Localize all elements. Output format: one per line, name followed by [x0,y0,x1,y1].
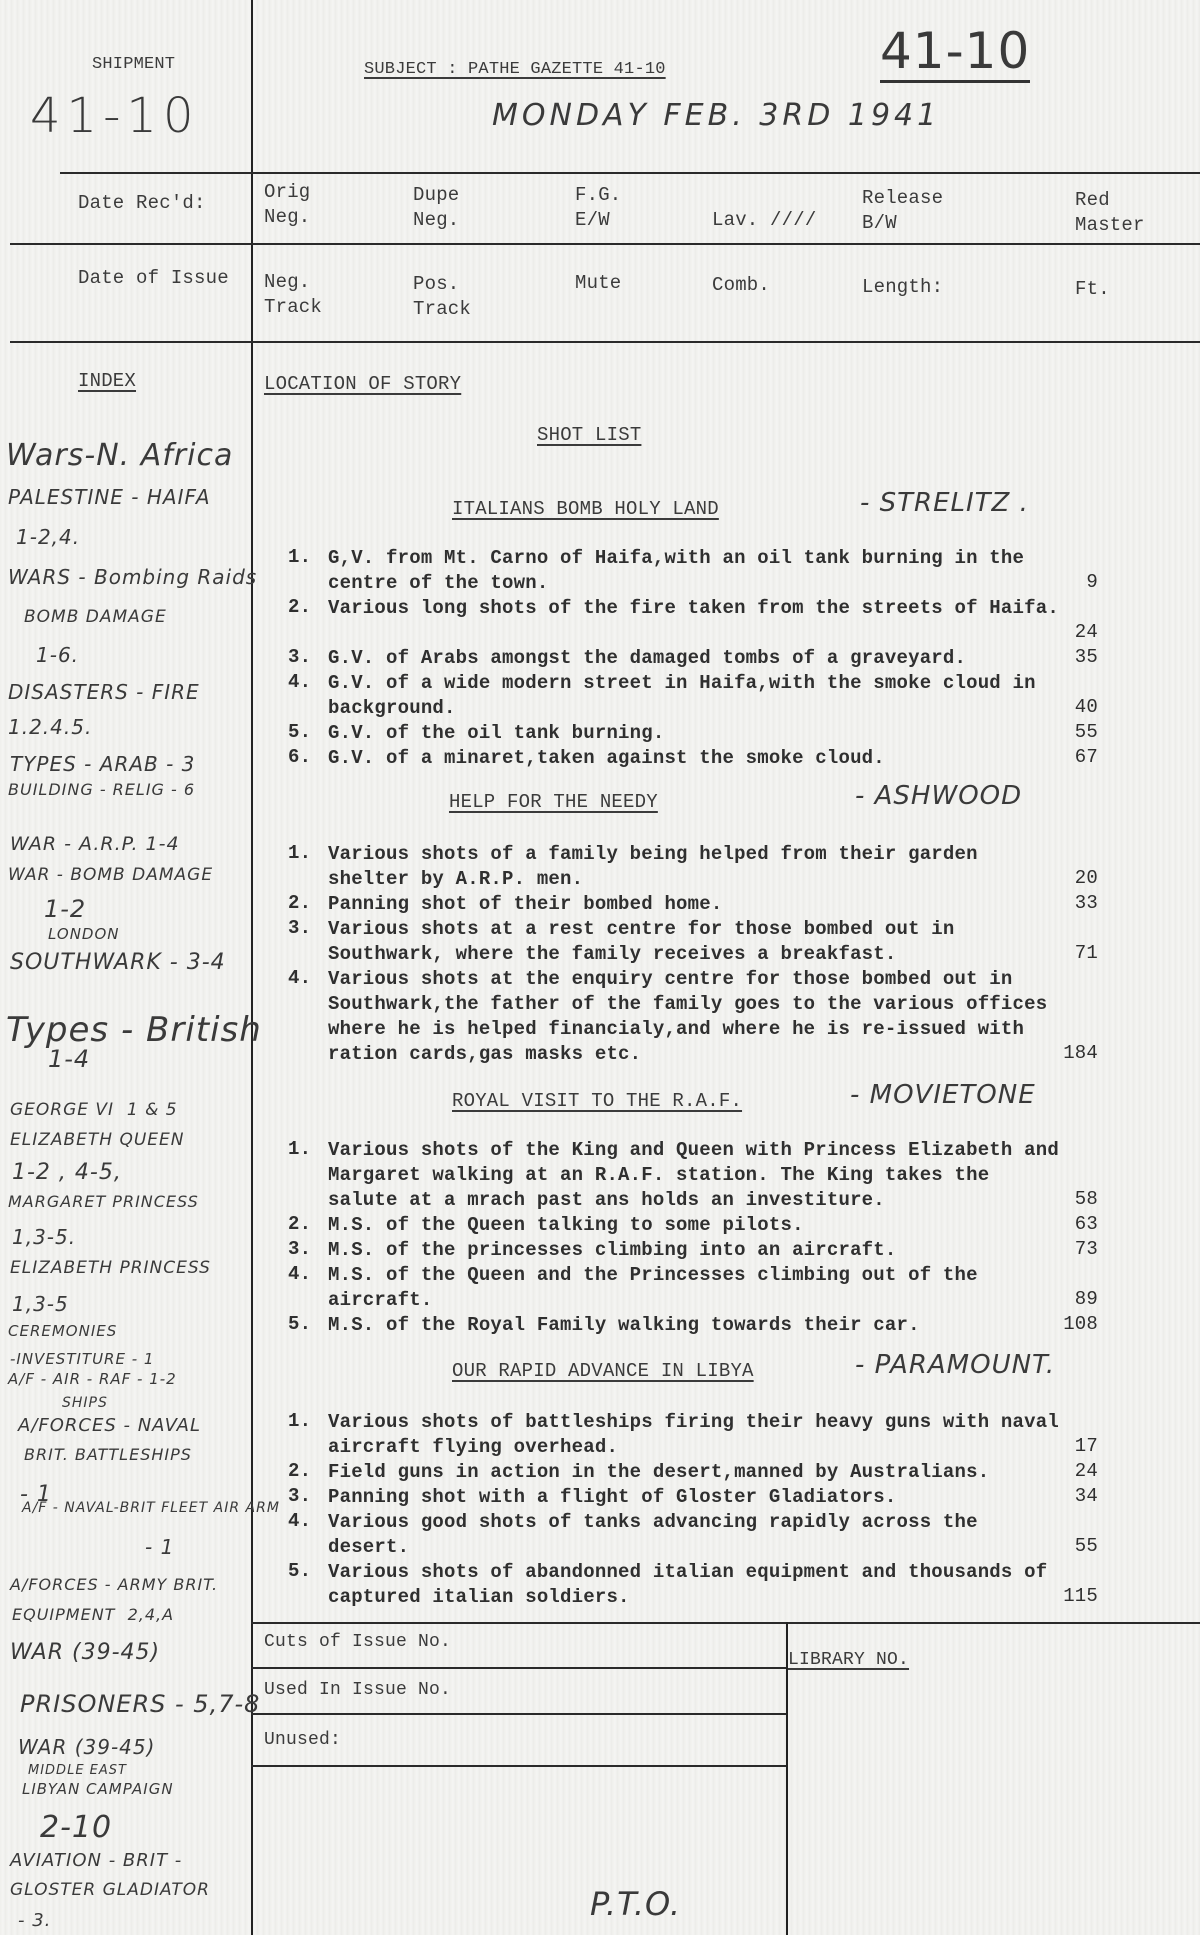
index-heading: INDEX [78,370,136,392]
location-heading: LOCATION OF STORY [264,373,461,395]
story-title: ROYAL VISIT TO THE R.A.F. [452,1090,742,1112]
shot-footage: 67 [1038,746,1098,768]
main-column-divider [251,0,253,1935]
story-source: - ASHWOOD [855,781,1022,811]
used-divider [251,1713,787,1715]
date-received-label: Date Rec'd: [78,192,206,214]
shot-item: 3.Panning shot with a flight of Gloster … [288,1485,1098,1510]
index-note: WAR - BOMB DAMAGE [8,865,213,885]
shot-number: 5. [288,721,324,743]
index-note: A/F - NAVAL-BRIT FLEET AIR ARM [22,1500,280,1516]
index-note: A/F - AIR - RAF - 1-2 [8,1370,177,1388]
subject-label: SUBJECT : PATHE GAZETTE 41-10 [364,60,666,79]
shot-footage: 115 [1038,1585,1098,1607]
index-note: WAR (39-45) [18,1735,155,1759]
index-note: 1-4 [48,1045,90,1073]
fg-ew-field[interactable]: F.G. E/W [575,183,621,233]
shot-item: 3.G.V. of Arabs amongst the damaged tomb… [288,646,1098,671]
story-title: HELP FOR THE NEEDY [449,791,658,813]
shot-item: 1.Various shots of the King and Queen wi… [288,1138,1098,1213]
index-note: WAR (39-45) [10,1640,160,1665]
shot-description: G.V. of Arabs amongst the damaged tombs … [328,646,1068,671]
shot-number: 3. [288,917,324,939]
index-note: CEREMONIES [8,1322,117,1340]
shot-description: G.V. of a wide modern street in Haifa,wi… [328,671,1068,721]
index-note: ELIZABETH PRINCESS [10,1258,211,1278]
shot-footage: 40 [1038,696,1098,718]
shot-description: Panning shot with a flight of Gloster Gl… [328,1485,1068,1510]
shot-footage: 9 [1038,571,1098,593]
cuts-of-issue-field[interactable]: Cuts of Issue No. [264,1632,451,1652]
shot-footage: 24 [1038,1460,1098,1482]
index-note: LONDON [48,925,120,943]
shot-footage: 58 [1038,1188,1098,1210]
index-note: 2-10 [40,1810,112,1845]
shot-item: 5.Various shots of abandonned italian eq… [288,1560,1098,1610]
index-note: ELIZABETH QUEEN [10,1130,185,1150]
shot-footage: 55 [1038,721,1098,743]
index-note: GLOSTER GLADIATOR [10,1880,210,1900]
shot-description: Various shots of a family being helped f… [328,842,1068,892]
index-note: Types - British [6,1010,262,1050]
shipment-label: SHIPMENT [92,55,175,74]
unused-field[interactable]: Unused: [264,1730,341,1750]
shot-description: Various good shots of tanks advancing ra… [328,1510,1068,1560]
handwritten-reference: 41-10 [880,22,1030,83]
shot-number: 1. [288,546,324,568]
index-note: 1-6. [36,643,79,667]
shot-item: 5.G.V. of the oil tank burning.55 [288,721,1098,746]
shot-number: 4. [288,967,324,989]
shot-description: G.V. of a minaret,taken against the smok… [328,746,1068,771]
story-source: - PARAMOUNT. [855,1350,1055,1380]
index-note: 1-2 , 4-5, [12,1160,122,1185]
index-note: Wars-N. Africa [6,438,233,473]
index-note: 1,3-5 [12,1292,69,1316]
index-note: AVIATION - BRIT - [10,1850,182,1871]
row1-divider [10,243,1200,245]
orig-neg-field[interactable]: Orig Neg. [264,180,310,230]
shot-number: 6. [288,746,324,768]
shot-footage: 63 [1038,1213,1098,1235]
index-note: 1-2,4. [16,525,80,549]
shot-description: M.S. of the Queen talking to some pilots… [328,1213,1068,1238]
index-note: DISASTERS - FIRE [8,680,200,704]
shot-description: M.S. of the Royal Family walking towards… [328,1313,1068,1338]
index-note: -INVESTITURE - 1 [10,1350,154,1368]
shot-number: 5. [288,1313,324,1335]
index-note: MARGARET PRINCESS [8,1192,199,1211]
shot-number: 4. [288,1510,324,1532]
shot-footage: 184 [1038,1042,1098,1064]
shot-description: Various shots of the King and Queen with… [328,1138,1068,1213]
shot-item: 2.Various long shots of the fire taken f… [288,596,1098,646]
pos-track-field[interactable]: Pos. Track [413,272,471,322]
shot-number: 1. [288,842,324,864]
index-note: PALESTINE - HAIFA [8,485,211,509]
shot-item: 6.G.V. of a minaret,taken against the sm… [288,746,1098,771]
index-note: TYPES - ARAB - 3 [10,752,195,776]
index-note: BOMB DAMAGE [24,607,167,627]
shot-item: 4.G.V. of a wide modern street in Haifa,… [288,671,1098,721]
shot-footage: 33 [1038,892,1098,914]
dupe-neg-field[interactable]: Dupe Neg. [413,183,459,233]
shot-footage: 35 [1038,646,1098,668]
footer-top-divider [251,1622,1200,1624]
index-note: 1-2 [44,895,86,923]
unused-divider [251,1765,787,1767]
index-note: BRIT. BATTLESHIPS [24,1445,192,1464]
index-note: WAR - A.R.P. 1-4 [10,833,180,855]
index-note: A/FORCES - NAVAL [18,1415,201,1436]
shot-description: M.S. of the princesses climbing into an … [328,1238,1068,1263]
shot-description: M.S. of the Queen and the Princesses cli… [328,1263,1068,1313]
index-note: - 1 [145,1535,174,1559]
document-page: SHIPMENT 41-10 SUBJECT : PATHE GAZETTE 4… [0,0,1200,1935]
shot-item: 3.M.S. of the princesses climbing into a… [288,1238,1098,1263]
shot-item: 2.Panning shot of their bombed home.33 [288,892,1098,917]
shot-item: 3.Various shots at a rest centre for tho… [288,917,1098,967]
shot-number: 3. [288,1485,324,1507]
shot-description: Various shots at a rest centre for those… [328,917,1068,967]
used-in-issue-field[interactable]: Used In Issue No. [264,1680,451,1700]
shot-description: Various long shots of the fire taken fro… [328,596,1068,621]
shot-description: Panning shot of their bombed home. [328,892,1068,917]
shot-description: Field guns in action in the desert,manne… [328,1460,1068,1485]
shot-description: G.V. of the oil tank burning. [328,721,1068,746]
index-note: LIBYAN CAMPAIGN [22,1780,174,1798]
index-note: - 3. [18,1910,51,1931]
header-divider [60,172,1200,174]
shot-description: Various shots at the enquiry centre for … [328,967,1068,1067]
story-title: ITALIANS BOMB HOLY LAND [452,498,719,520]
release-bw-field[interactable]: Release B/W [862,186,943,236]
shot-item: 1.Various shots of a family being helped… [288,842,1098,892]
index-note: EQUIPMENT 2,4,A [12,1605,174,1624]
story-source: - MOVIETONE [850,1080,1036,1110]
shot-list-heading: SHOT LIST [537,424,641,446]
cuts-divider [251,1667,787,1669]
index-note: 1.2.4.5. [8,715,92,739]
shot-number: 2. [288,596,324,618]
shot-description: Various shots of abandonned italian equi… [328,1560,1068,1610]
shot-number: 1. [288,1138,324,1160]
shot-item: 4.Various shots at the enquiry centre fo… [288,967,1098,1067]
shot-number: 3. [288,646,324,668]
shot-footage: 55 [1038,1535,1098,1557]
red-master-field[interactable]: Red Master [1075,188,1145,238]
shot-number: 3. [288,1238,324,1260]
shot-item: 4.Various good shots of tanks advancing … [288,1510,1098,1560]
shot-number: 4. [288,1263,324,1285]
shot-item: 1.Various shots of battleships firing th… [288,1410,1098,1460]
index-note: WARS - Bombing Raids [8,565,257,589]
shot-item: 5.M.S. of the Royal Family walking towar… [288,1313,1098,1338]
lav-field[interactable]: Lav. //// [712,183,816,233]
shot-number: 5. [288,1560,324,1582]
index-note: SOUTHWARK - 3-4 [10,950,226,975]
shot-number: 4. [288,671,324,693]
shot-footage: 89 [1038,1288,1098,1310]
neg-track-field[interactable]: Neg. Track [264,270,322,320]
index-note: SHIPS [62,1395,108,1411]
date-of-issue-label: Date of Issue [78,267,229,289]
shot-footage: 34 [1038,1485,1098,1507]
length-field[interactable]: Length: [862,276,943,298]
shipment-number: 41-10 [30,88,199,144]
index-note: 1,3-5. [12,1225,76,1249]
shot-item: 2.Field guns in action in the desert,man… [288,1460,1098,1485]
index-note: PRISONERS - 5,7-8 [20,1690,260,1718]
shot-item: 1.G,V. from Mt. Carno of Haifa,with an o… [288,546,1098,596]
index-note: A/FORCES - ARMY BRIT. [10,1575,218,1594]
shot-number: 2. [288,1460,324,1482]
story-source: - STRELITZ . [860,488,1029,518]
index-note: BUILDING - RELIG - 6 [8,780,195,799]
shot-description: G,V. from Mt. Carno of Haifa,with an oil… [328,546,1068,596]
index-note: GEORGE VI 1 & 5 [10,1100,178,1120]
shot-item: 2.M.S. of the Queen talking to some pilo… [288,1213,1098,1238]
comb-field[interactable]: Comb. [712,274,770,296]
shot-footage: 73 [1038,1238,1098,1260]
row2-divider [10,341,1200,343]
ft-field[interactable]: Ft. [1075,278,1110,300]
shot-number: 2. [288,892,324,914]
shot-footage: 24 [1038,621,1098,643]
story-title: OUR RAPID ADVANCE IN LIBYA [452,1360,754,1382]
shot-footage: 17 [1038,1435,1098,1457]
shot-item: 4.M.S. of the Queen and the Princesses c… [288,1263,1098,1313]
mute-field[interactable]: Mute [575,272,621,294]
library-number-field[interactable]: LIBRARY NO. [788,1650,909,1670]
shot-description: Various shots of battleships firing thei… [328,1410,1068,1460]
shot-footage: 71 [1038,942,1098,964]
index-note: MIDDLE EAST [28,1763,127,1778]
handwritten-date: MONDAY FEB. 3RD 1941 [492,98,940,133]
shot-footage: 108 [1038,1313,1098,1335]
pto-note: P.T.O. [590,1885,681,1923]
shot-number: 2. [288,1213,324,1235]
shot-number: 1. [288,1410,324,1432]
shot-footage: 20 [1038,867,1098,889]
